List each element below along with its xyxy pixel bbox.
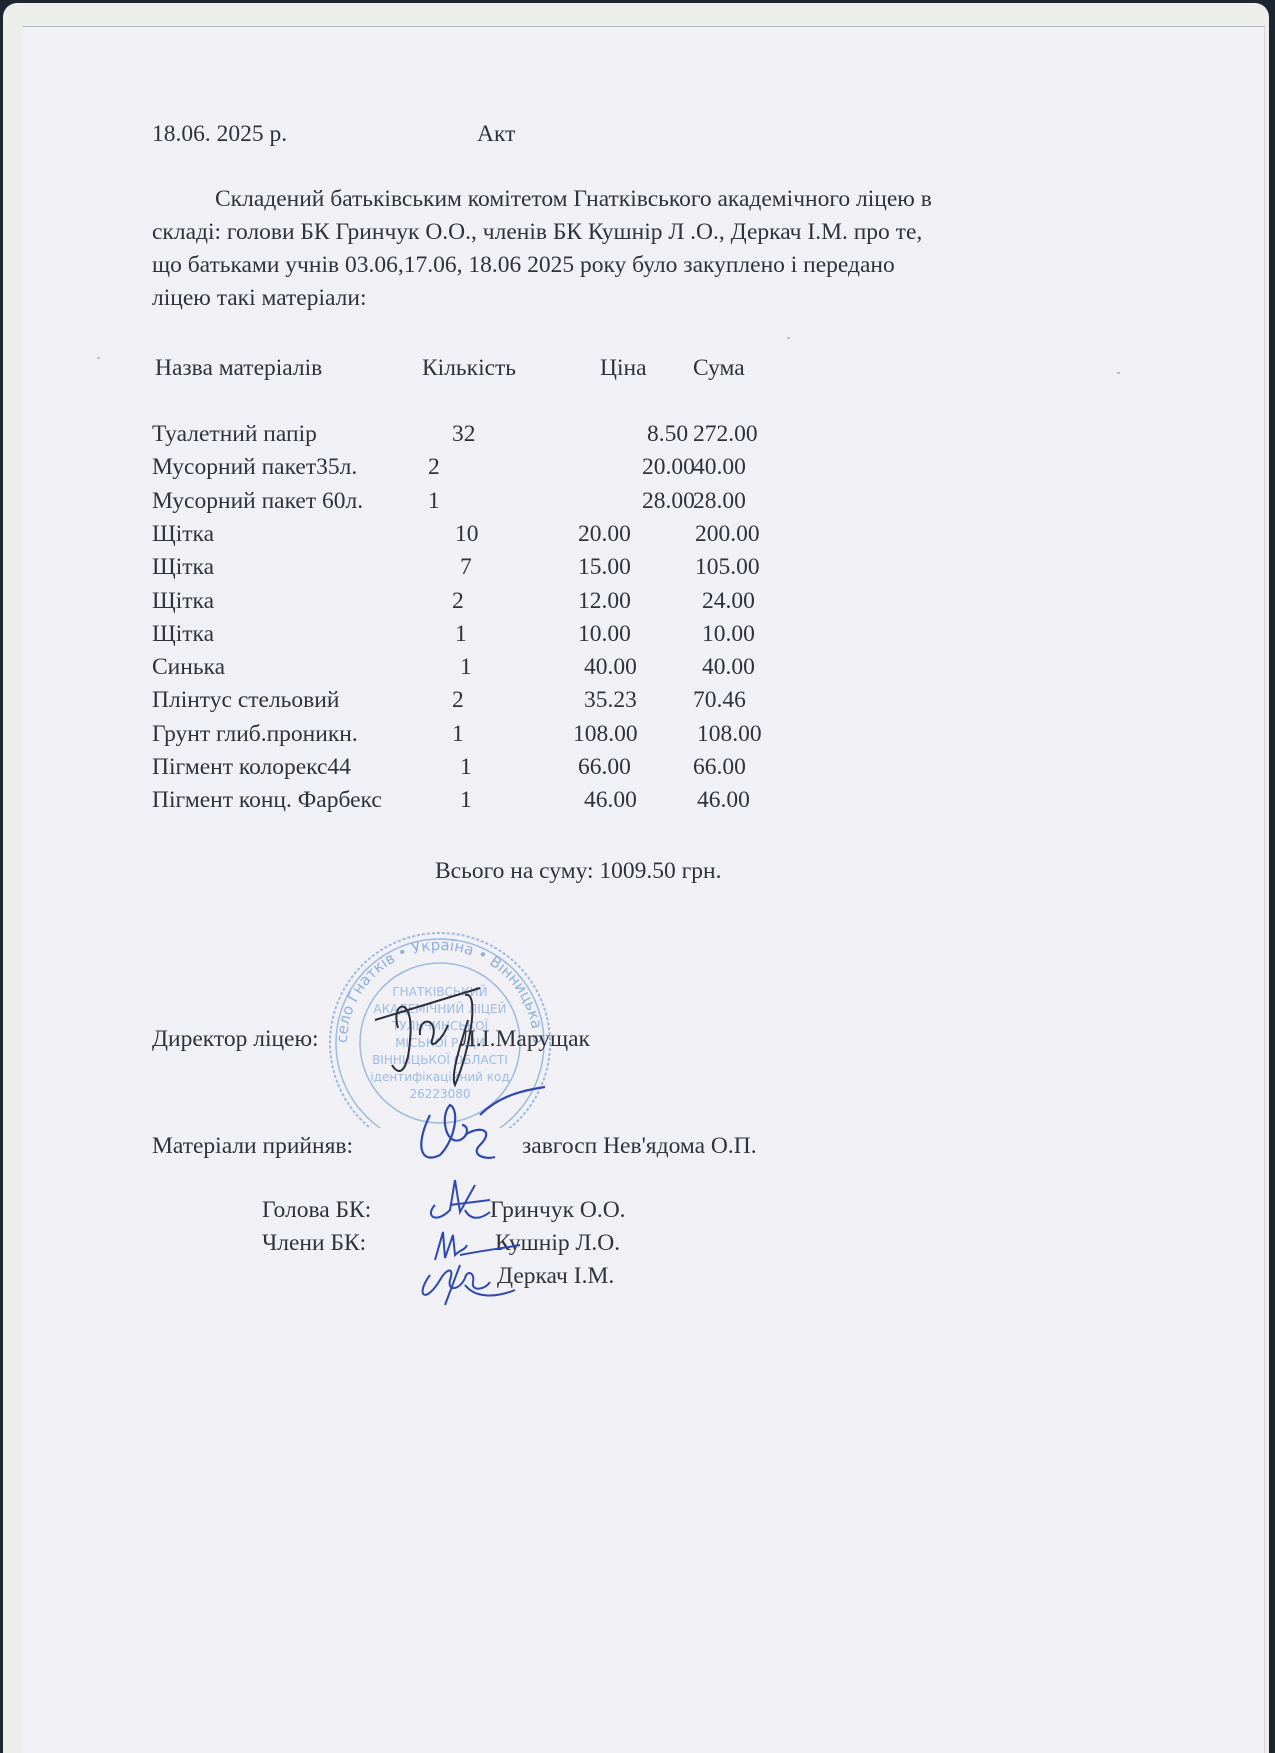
cell-name: Туалетний папір xyxy=(152,418,317,451)
director-label: Директор ліцею: xyxy=(152,1023,319,1056)
cell-price: 8.50 xyxy=(647,418,688,451)
header-qty: Кількість xyxy=(422,352,516,385)
cell-sum: 66.00 xyxy=(693,751,746,784)
cell-name: Мусорний пакет 60л. xyxy=(152,485,363,518)
cell-qty: 1 xyxy=(460,651,472,684)
head-label: Голова БК: xyxy=(262,1194,371,1227)
cell-sum: 24.00 xyxy=(702,585,755,618)
total-sum: Всього на суму: 1009.50 грн. xyxy=(435,855,722,888)
cell-qty: 1 xyxy=(455,618,467,651)
cell-price: 15.00 xyxy=(578,551,631,584)
cell-name: Плінтус стельовий xyxy=(152,684,339,717)
intro-line: ліцею такі матеріали: xyxy=(152,282,366,315)
director-signature-icon xyxy=(370,980,500,1090)
document-date: 18.06. 2025 р. xyxy=(152,118,287,151)
cell-qty: 1 xyxy=(460,751,472,784)
intro-line: що батьками учнів 03.06,17.06, 18.06 202… xyxy=(152,249,895,282)
cell-sum: 40.00 xyxy=(693,451,746,484)
cell-name: Щітка xyxy=(152,618,214,651)
header-sum: Сума xyxy=(693,352,745,385)
intro-line: складі: голови БК Гринчук О.О., членів Б… xyxy=(152,216,922,249)
cell-name: Пігмент колорекс44 xyxy=(152,751,351,784)
cell-sum: 46.00 xyxy=(697,784,750,817)
scan-speck xyxy=(97,357,100,359)
cell-name: Щітка xyxy=(152,585,214,618)
cell-sum: 40.00 xyxy=(702,651,755,684)
cell-sum: 70.46 xyxy=(693,684,746,717)
cell-name: Синька xyxy=(152,651,225,684)
cell-qty: 2 xyxy=(428,451,440,484)
cell-sum: 272.00 xyxy=(693,418,758,451)
members-label: Члени БК: xyxy=(262,1227,366,1260)
cell-qty: 1 xyxy=(452,718,464,751)
cell-price: 108.00 xyxy=(573,718,638,751)
cell-name: Мусорний пакет35л. xyxy=(152,451,357,484)
cell-name: Грунт глиб.проникн. xyxy=(152,718,358,751)
cell-price: 28.00 xyxy=(642,485,695,518)
cell-price: 12.00 xyxy=(578,585,631,618)
cell-price: 20.00 xyxy=(578,518,631,551)
cell-price: 46.00 xyxy=(584,784,637,817)
cell-sum: 200.00 xyxy=(695,518,760,551)
cell-sum: 10.00 xyxy=(702,618,755,651)
cell-sum: 28.00 xyxy=(693,485,746,518)
scan-speck xyxy=(1117,372,1120,374)
intro-line: Складений батьківським комітетом Гнатків… xyxy=(215,183,932,216)
cell-price: 66.00 xyxy=(578,751,631,784)
header-name: Назва матеріалів xyxy=(155,352,322,385)
cell-price: 10.00 xyxy=(578,618,631,651)
cell-name: Пігмент конц. Фарбекс xyxy=(152,784,382,817)
cell-qty: 10 xyxy=(455,518,479,551)
cell-qty: 32 xyxy=(452,418,476,451)
cell-name: Щітка xyxy=(152,518,214,551)
cell-qty: 2 xyxy=(452,585,464,618)
cell-qty: 1 xyxy=(428,485,440,518)
cell-price: 40.00 xyxy=(584,651,637,684)
scan-speck xyxy=(787,337,790,339)
cell-sum: 108.00 xyxy=(697,718,762,751)
document-title: Акт xyxy=(477,118,515,151)
cell-name: Щітка xyxy=(152,551,214,584)
header-price: Ціна xyxy=(600,352,647,385)
cell-qty: 2 xyxy=(452,684,464,717)
cell-price: 20.00 xyxy=(642,451,695,484)
received-name: завгосп Нев'ядома О.П. xyxy=(522,1130,757,1163)
cell-qty: 7 xyxy=(460,551,472,584)
members-signature-icon xyxy=(405,1220,525,1310)
cell-sum: 105.00 xyxy=(695,551,760,584)
received-label: Матеріали прийняв: xyxy=(152,1130,353,1163)
cell-qty: 1 xyxy=(460,784,472,817)
cell-price: 35.23 xyxy=(584,684,637,717)
